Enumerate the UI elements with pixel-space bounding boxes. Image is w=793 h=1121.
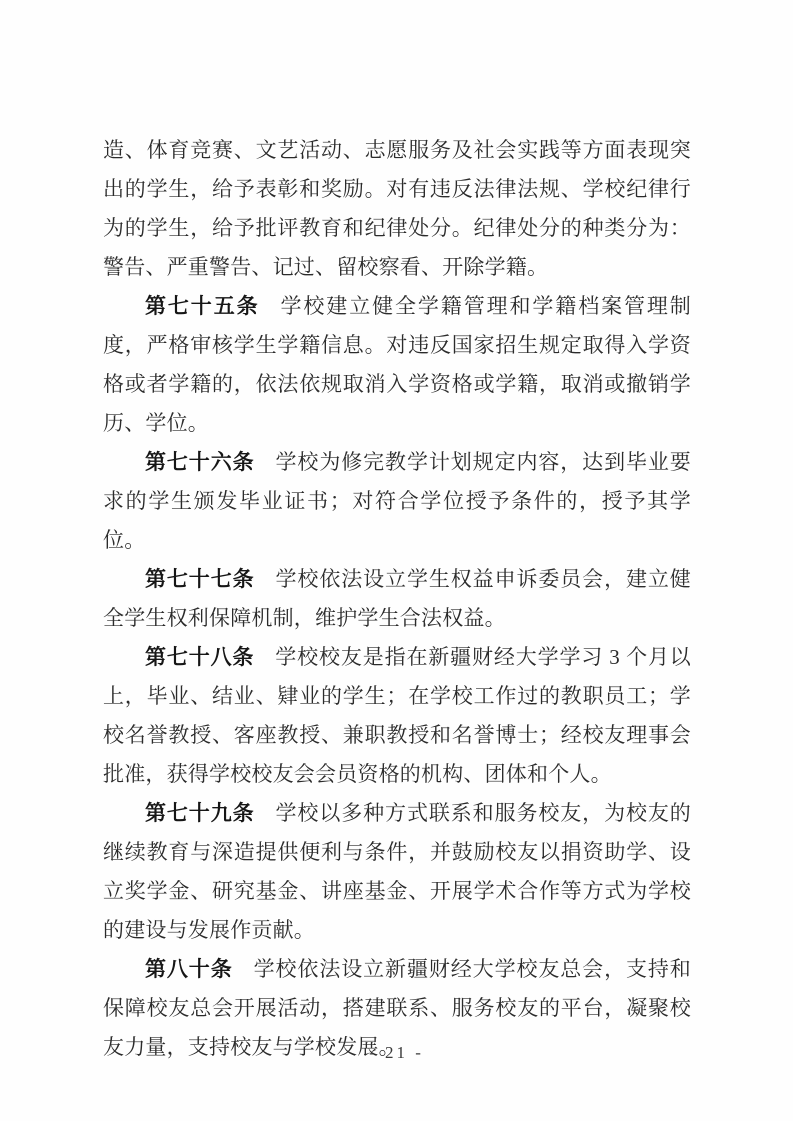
- paragraph: 第七十九条学校以多种方式联系和服务校友，为校友的继续教育与深造提供便利与条件，并…: [103, 794, 691, 950]
- article-number: 第七十七条: [145, 568, 255, 591]
- article-number: 第七十六条: [145, 451, 255, 474]
- article-number: 第七十五条: [145, 295, 260, 318]
- paragraph: 造、体育竞赛、文艺活动、志愿服务及社会实践等方面表现突出的学生，给予表彰和奖励。…: [103, 131, 691, 287]
- article-number: 第八十条: [145, 958, 233, 981]
- paragraph: 第七十六条学校为修完教学计划规定内容，达到毕业要求的学生颁发毕业证书；对符合学位…: [103, 443, 691, 560]
- document-page: 造、体育竞赛、文艺活动、志愿服务及社会实践等方面表现突出的学生，给予表彰和奖励。…: [0, 0, 793, 1121]
- paragraph: 第七十七条学校依法设立学生权益申诉委员会，建立健全学生权利保障机制，维护学生合法…: [103, 560, 691, 638]
- article-number: 第七十九条: [145, 802, 255, 825]
- paragraph: 第七十八条学校校友是指在新疆财经大学学习 3 个月以上，毕业、结业、肄业的学生；…: [103, 638, 691, 794]
- paragraph: 第七十五条学校建立健全学籍管理和学籍档案管理制度，严格审核学生学籍信息。对违反国…: [103, 287, 691, 443]
- paragraph-text: 造、体育竞赛、文艺活动、志愿服务及社会实践等方面表现突出的学生，给予表彰和奖励。…: [103, 138, 691, 279]
- page-number: - 21 -: [0, 1040, 793, 1066]
- document-body: 造、体育竞赛、文艺活动、志愿服务及社会实践等方面表现突出的学生，给予表彰和奖励。…: [103, 131, 691, 1067]
- article-number: 第七十八条: [145, 646, 254, 669]
